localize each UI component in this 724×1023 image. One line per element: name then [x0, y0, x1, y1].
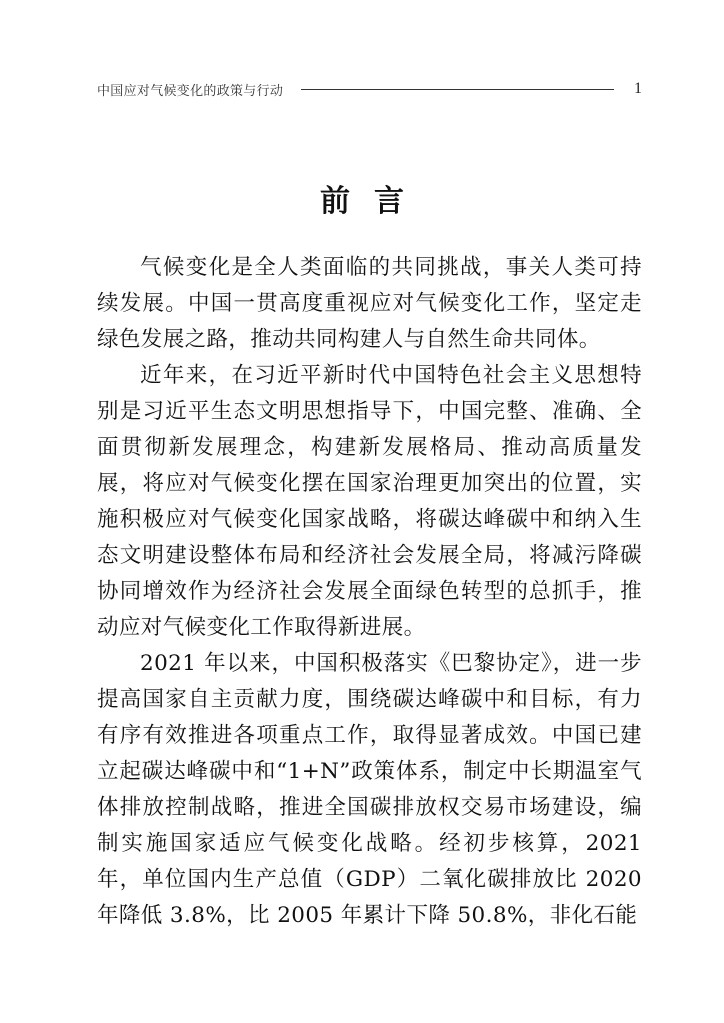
- running-header-title: 中国应对气候变化的政策与行动: [97, 80, 283, 99]
- paragraph-since-2021: 2021 年以来，中国积极落实《巴黎协定》，进一步提高国家自主贡献力度，围绕碳达…: [97, 646, 642, 934]
- paragraph-intro: 气候变化是全人类面临的共同挑战，事关人类可持续发展。中国一贯高度重视应对气候变化…: [97, 250, 642, 358]
- page-number: 1: [634, 80, 642, 98]
- running-header: 中国应对气候变化的政策与行动 1: [97, 78, 642, 100]
- body-text: 气候变化是全人类面临的共同挑战，事关人类可持续发展。中国一贯高度重视应对气候变化…: [97, 250, 642, 934]
- chapter-title: 前言: [0, 176, 724, 220]
- paragraph-recent-years: 近年来，在习近平新时代中国特色社会主义思想特别是习近平生态文明思想指导下，中国完…: [97, 358, 642, 646]
- header-divider: [301, 89, 614, 90]
